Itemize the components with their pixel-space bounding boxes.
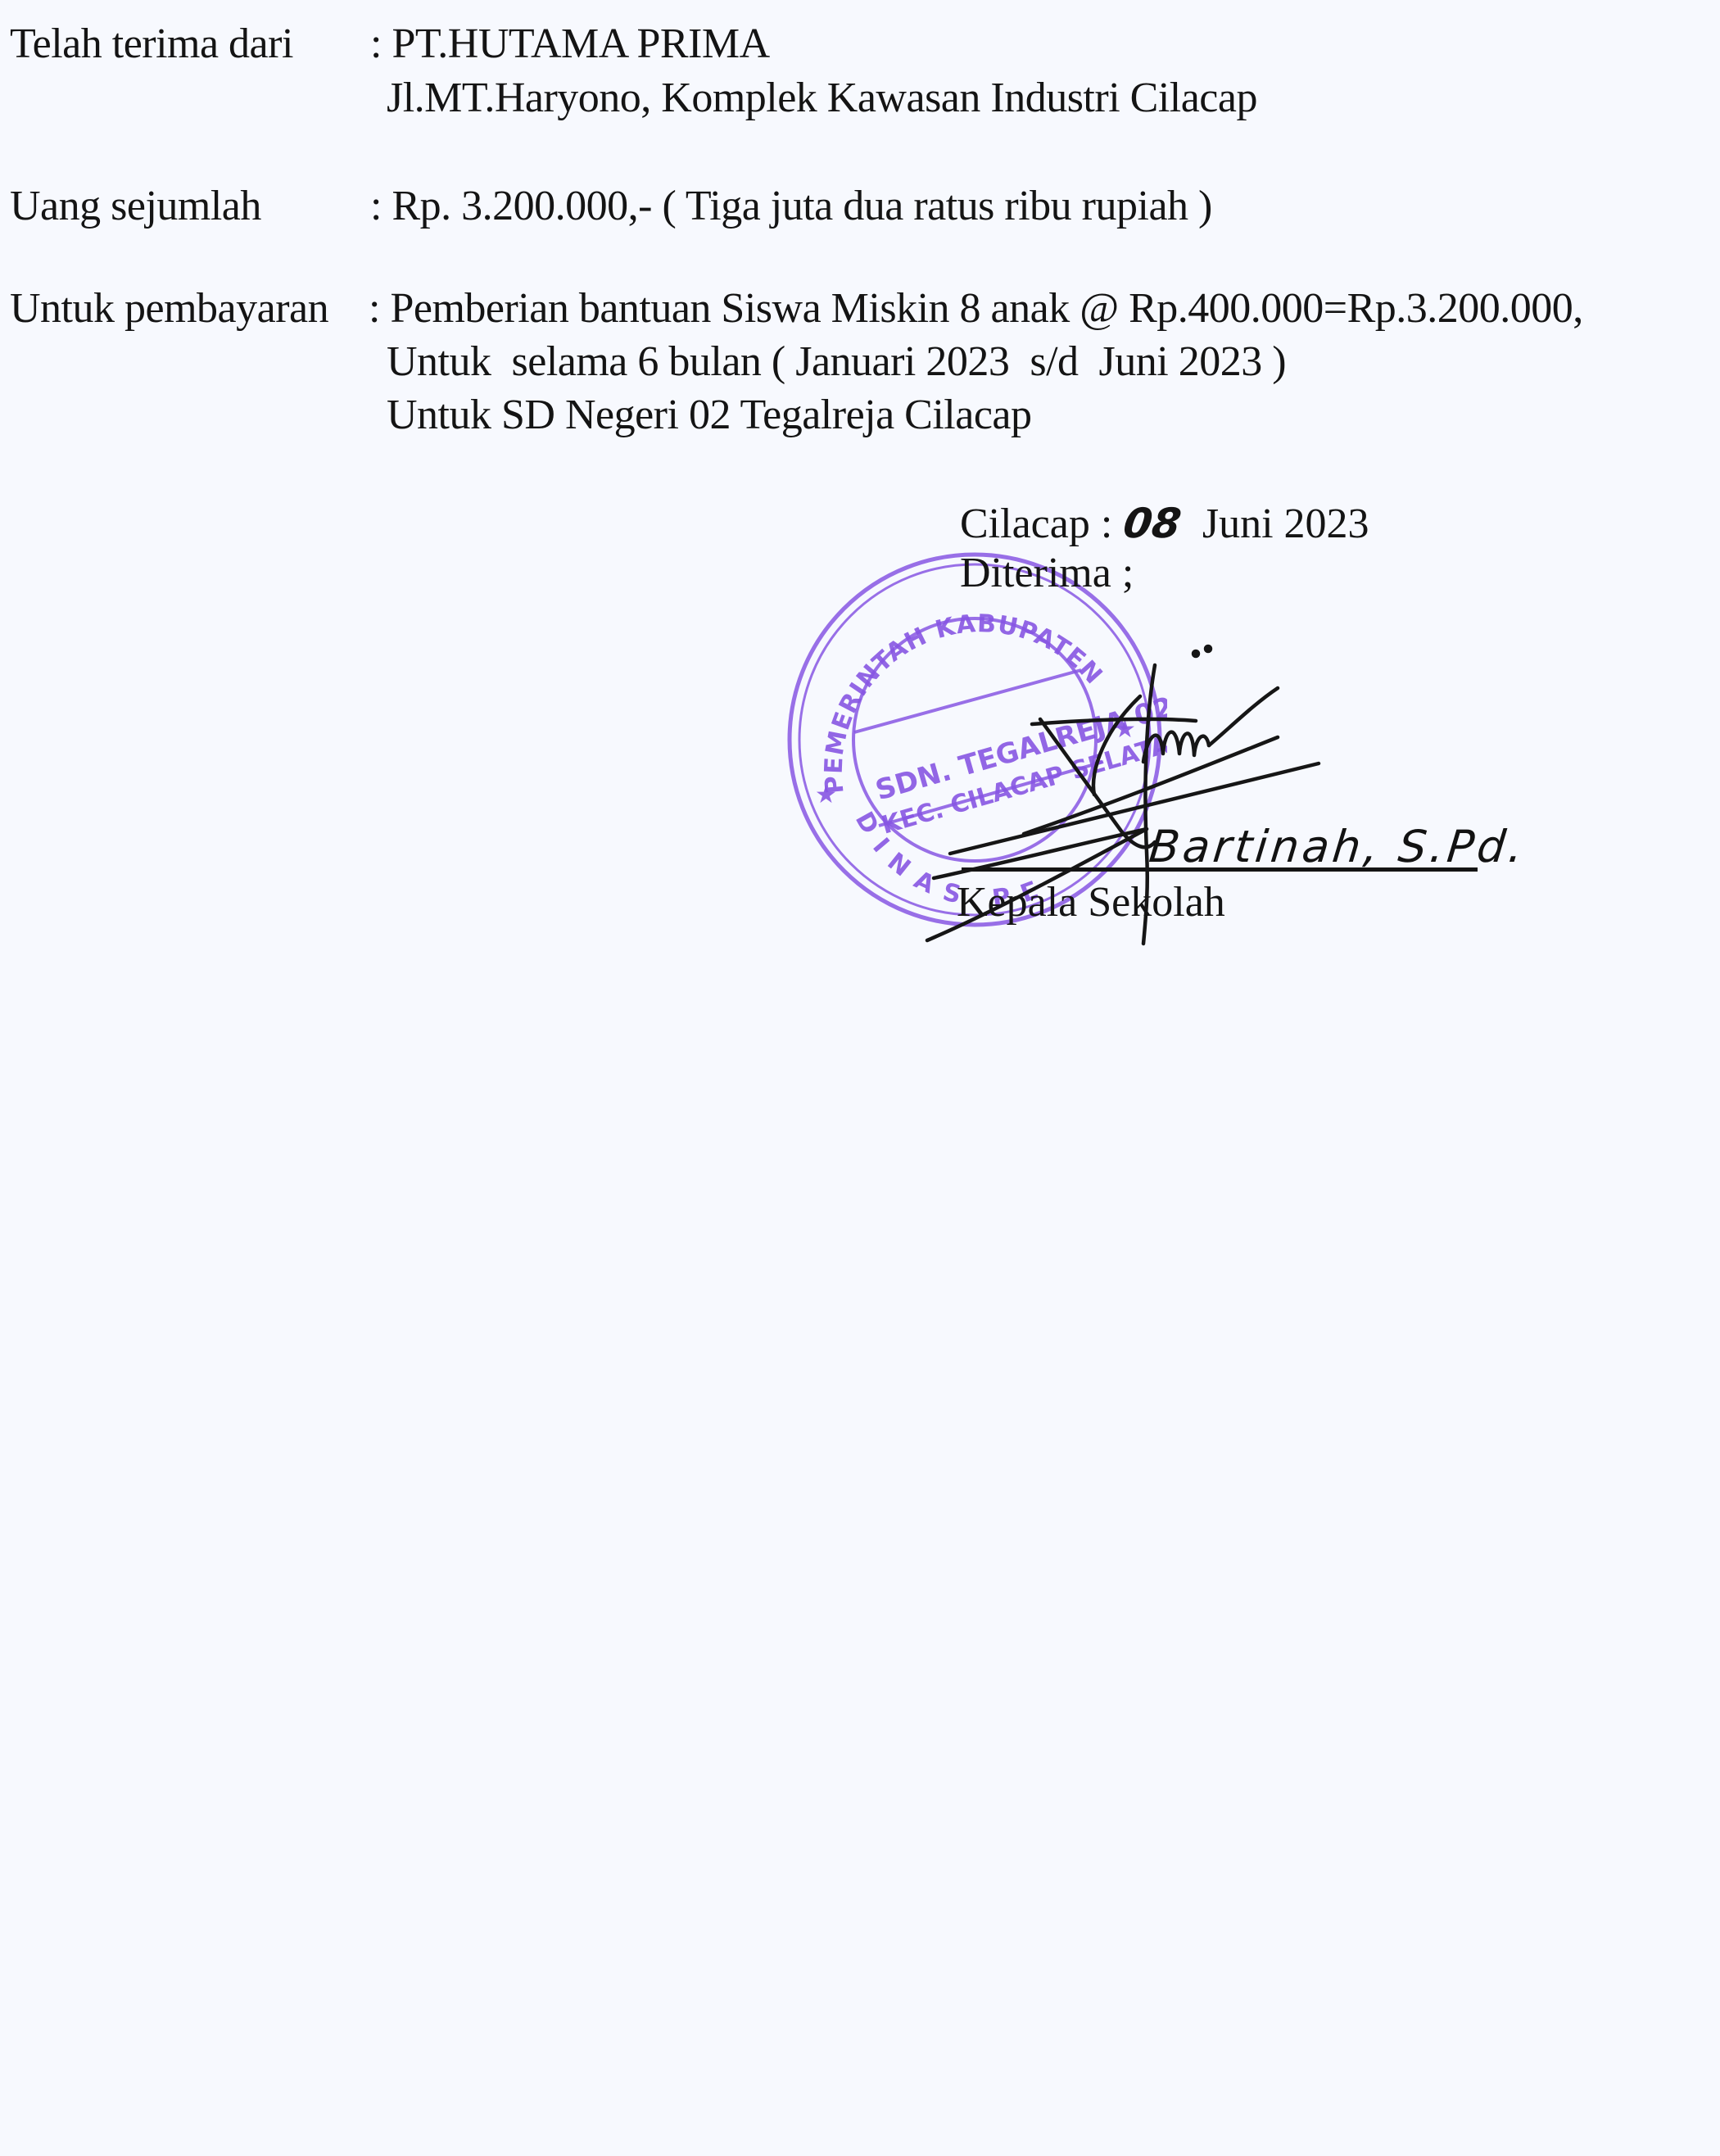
amount-value: : Rp. 3.200.000,- ( Tiga juta dua ratus … — [370, 185, 1212, 228]
handwritten-signature: Bartinah, S.Pd. — [901, 639, 1523, 950]
payment-recipient-school: Untuk SD Negeri 02 Tegalreja Cilacap — [387, 394, 1032, 437]
month-year: Juni 2023 — [1202, 500, 1369, 547]
place-label: Cilacap : — [960, 500, 1112, 547]
svg-text:Bartinah, S.Pd.: Bartinah, S.Pd. — [1147, 821, 1523, 872]
payment-period: Untuk selama 6 bulan ( Januari 2023 s/d … — [387, 341, 1286, 383]
star-icon: ★ — [815, 781, 837, 809]
payment-purpose-value: : Pemberian bantuan Siswa Miskin 8 anak … — [369, 288, 1583, 330]
received-from-label: Telah terima dari — [10, 23, 293, 66]
received-from-value: : PT.HUTAMA PRIMA — [370, 23, 770, 66]
amount-label: Uang sejumlah — [10, 185, 261, 228]
place-date: Cilacap :08Juni 2023 — [960, 503, 1369, 546]
handwritten-day: 08 — [1121, 503, 1184, 544]
received-from-address: Jl.MT.Haryono, Komplek Kawasan Industri … — [387, 77, 1257, 120]
payment-purpose-label: Untuk pembayaran — [10, 288, 328, 330]
received-label: Diterima ; — [960, 552, 1134, 595]
